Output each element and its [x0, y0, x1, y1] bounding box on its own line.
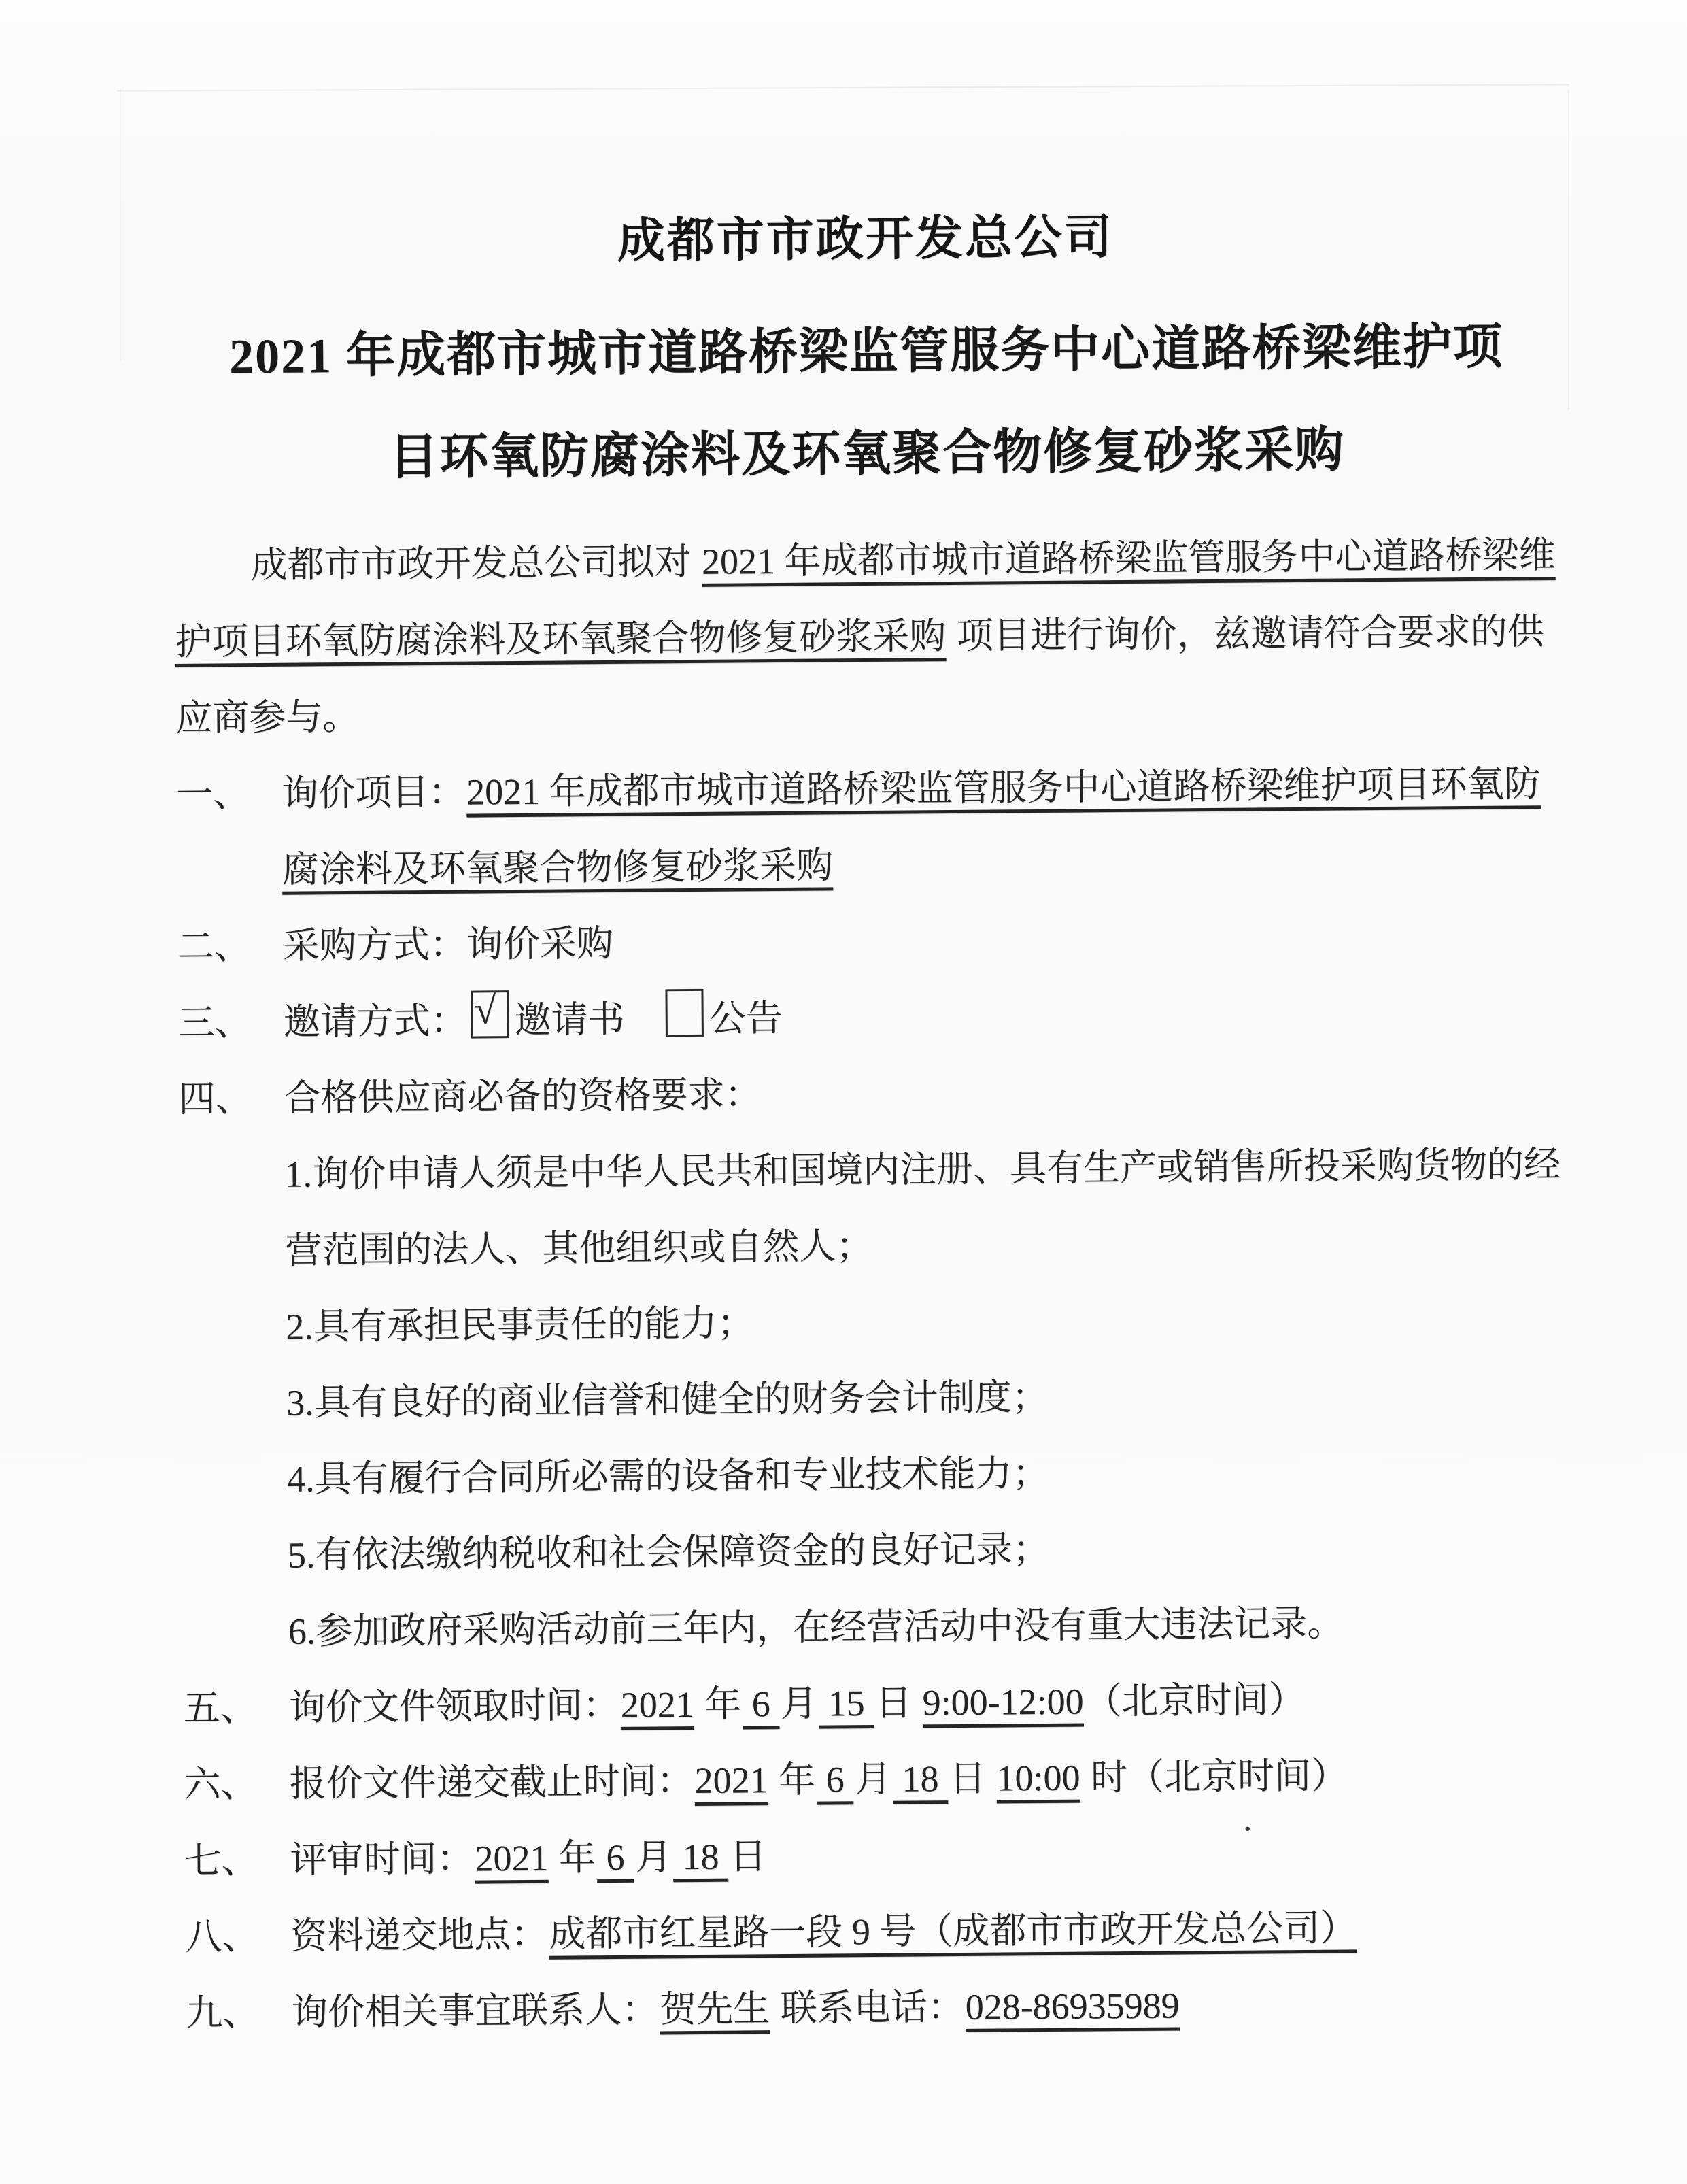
item-number: 四、	[178, 1060, 284, 1137]
underlined-text: 10:00	[995, 1758, 1081, 1799]
item-text: 合格供应商必备的资格要求：1.询价申请人须是中华人民共和国境内注册、具有生产或销…	[284, 1050, 1570, 1670]
underlined-text: 9:00-12:00	[921, 1681, 1085, 1724]
list-item: 一、询价项目：2021 年成都市城市道路桥梁监管服务中心道路桥梁维护项目环氧防腐…	[176, 745, 1565, 909]
document-content: 成都市市政开发总公司 2021 年成都市城市道路桥梁监管服务中心道路桥梁维护项 …	[170, 0, 1573, 2051]
list-item: 二、采购方式：询价采购	[177, 898, 1565, 985]
doc-subtitle-line-1: 2021 年成都市城市道路桥梁监管服务中心道路桥梁维护项	[173, 295, 1561, 408]
text-run: 询价文件领取时间：	[288, 1685, 619, 1728]
text-run: 合格供应商必备的资格要求：	[284, 1074, 761, 1119]
subitem-text: 5.有依法缴纳税收和社会保障资金的良好记录；	[287, 1507, 1569, 1594]
underlined-text: 6	[741, 1683, 781, 1724]
underlined-text: 18	[672, 1836, 730, 1878]
text-run: 日	[875, 1682, 921, 1724]
checkbox-checked-icon: √	[471, 990, 509, 1038]
item-number: 八、	[185, 1898, 291, 1975]
text-run: 日	[730, 1836, 766, 1877]
doc-subtitle-line-2: 目环氧防腐涂料及环氧聚合物修复砂浆采购	[173, 397, 1561, 510]
item-text: 报价文件递交截止时间：2021 年 6 月 18 日 10:00 时（北京时间）	[289, 1736, 1571, 1822]
subitem-text: 2.具有承担民事责任的能力；	[286, 1279, 1568, 1365]
text-run: 资料递交地点：	[290, 1914, 547, 1957]
text-run: 公告	[709, 998, 783, 1039]
text-run: 日	[949, 1758, 995, 1800]
doc-subtitle: 2021 年成都市城市道路桥梁监管服务中心道路桥梁维护项 目环氧防腐涂料及环氧聚…	[173, 295, 1561, 510]
item-number: 一、	[176, 756, 282, 833]
checkmark-glyph: √	[474, 983, 496, 1037]
stray-dot-mark: .	[1243, 1797, 1253, 1839]
item-text: 采购方式：询价采购	[282, 898, 1565, 984]
text-run: 评审时间：	[290, 1838, 473, 1881]
item-number: 二、	[177, 908, 283, 985]
intro-paragraph: 成都市市政开发总公司拟对 2021 年成都市城市道路桥梁监管服务中心道路桥梁维护…	[174, 517, 1563, 756]
underlined-text: 2021 年成都市城市道路桥梁监管服务中心道路桥梁维护项目环氧防腐涂料及环氧聚合…	[282, 763, 1541, 890]
list-item: 五、询价文件领取时间：2021 年 6 月 15 日 9:00-12:00（北京…	[183, 1660, 1571, 1747]
doc-title: 成都市市政开发总公司	[171, 205, 1559, 275]
underlined-text: 2021	[693, 1760, 769, 1801]
text-run: 年	[695, 1683, 741, 1725]
underlined-text: 2021	[473, 1838, 549, 1879]
item-text: 询价相关事宜联系人：贺先生 联系电话：028-86935989	[291, 1964, 1573, 2051]
item-text: 资料递交地点：成都市红星路一段 9 号（成都市市政开发总公司）	[290, 1888, 1573, 1975]
list-item: 七、评审时间：2021 年 6 月 18 日	[184, 1812, 1572, 1899]
item-text: 询价项目：2021 年成都市城市道路桥梁监管服务中心道路桥梁维护项目环氧防腐涂料…	[282, 745, 1565, 908]
underlined-text: 成都市红星路一段 9 号（成都市市政开发总公司）	[547, 1907, 1358, 1954]
scanned-document-page: 成都市市政开发总公司 2021 年成都市城市道路桥梁监管服务中心道路桥梁维护项 …	[0, 0, 1687, 2184]
paper-edge-right	[1568, 90, 1569, 409]
text-run: 邀请书	[515, 998, 662, 1041]
subitem-text: 6.参加政府采购活动前三年内，在经营活动中没有重大违法记录。	[288, 1583, 1570, 1670]
item-text: 评审时间：2021 年 6 月 18 日	[290, 1812, 1572, 1898]
underlined-text: 15	[817, 1683, 875, 1724]
paper-edge-left	[120, 88, 121, 360]
item-number: 九、	[186, 1975, 292, 2051]
text-run: 邀请方式：	[284, 1001, 467, 1043]
underlined-text: 6	[596, 1837, 635, 1878]
text-run: 月	[855, 1759, 891, 1800]
item-text: 邀请方式：√邀请书 公告	[283, 974, 1565, 1060]
text-run: 联系电话：	[771, 1987, 964, 2029]
items-list: 一、询价项目：2021 年成都市城市道路桥梁监管服务中心道路桥梁维护项目环氧防腐…	[176, 745, 1573, 2051]
text-run: 月	[635, 1836, 672, 1877]
text-run: 成都市市政开发总公司拟对	[250, 541, 700, 586]
list-item: 九、询价相关事宜联系人：贺先生 联系电话：028-86935989	[186, 1964, 1573, 2051]
text-run: 询价项目：	[282, 772, 465, 814]
text-run: 时（北京时间）	[1081, 1755, 1348, 1798]
item-number: 三、	[177, 984, 284, 1061]
list-item: 八、资料递交地点：成都市红星路一段 9 号（成都市市政开发总公司）	[185, 1888, 1573, 1975]
underlined-text: 028-86935989	[964, 1985, 1180, 2028]
list-item: 三、邀请方式：√邀请书 公告	[177, 974, 1565, 1061]
list-item: 四、合格供应商必备的资格要求：1.询价申请人须是中华人民共和国境内注册、具有生产…	[178, 1050, 1570, 1670]
item-text: 询价文件领取时间：2021 年 6 月 15 日 9:00-12:00（北京时间…	[288, 1660, 1571, 1746]
underlined-text: 6	[815, 1759, 855, 1800]
subitem-text: 1.询价申请人须是中华人民共和国境内注册、具有生产或销售所投采购货物的经营范围的…	[284, 1126, 1567, 1289]
text-run: 报价文件递交截止时间：	[289, 1760, 693, 1804]
list-item: 六、报价文件递交截止时间：2021 年 6 月 18 日 10:00 时（北京时…	[184, 1736, 1571, 1823]
subitem-text: 4.具有履行合同所必需的设备和专业技术能力；	[287, 1431, 1569, 1517]
text-run: 询价相关事宜联系人：	[291, 1989, 658, 2032]
item-number: 五、	[183, 1670, 289, 1747]
underlined-text: 18	[891, 1758, 949, 1800]
item-number: 六、	[184, 1746, 290, 1823]
checkbox-unchecked-icon	[665, 989, 704, 1037]
text-run: （北京时间）	[1085, 1679, 1305, 1722]
text-run: 年	[769, 1760, 815, 1801]
item-number: 七、	[184, 1822, 290, 1899]
text-run: 采购方式：询价采购	[283, 923, 613, 967]
underlined-text: 2021	[619, 1684, 695, 1726]
text-run: 年	[549, 1837, 596, 1879]
text-run: 月	[781, 1683, 817, 1724]
subitem-text: 3.具有良好的商业信誉和健全的财务会计制度；	[286, 1355, 1569, 1441]
underlined-text: 贺先生	[658, 1988, 771, 2030]
